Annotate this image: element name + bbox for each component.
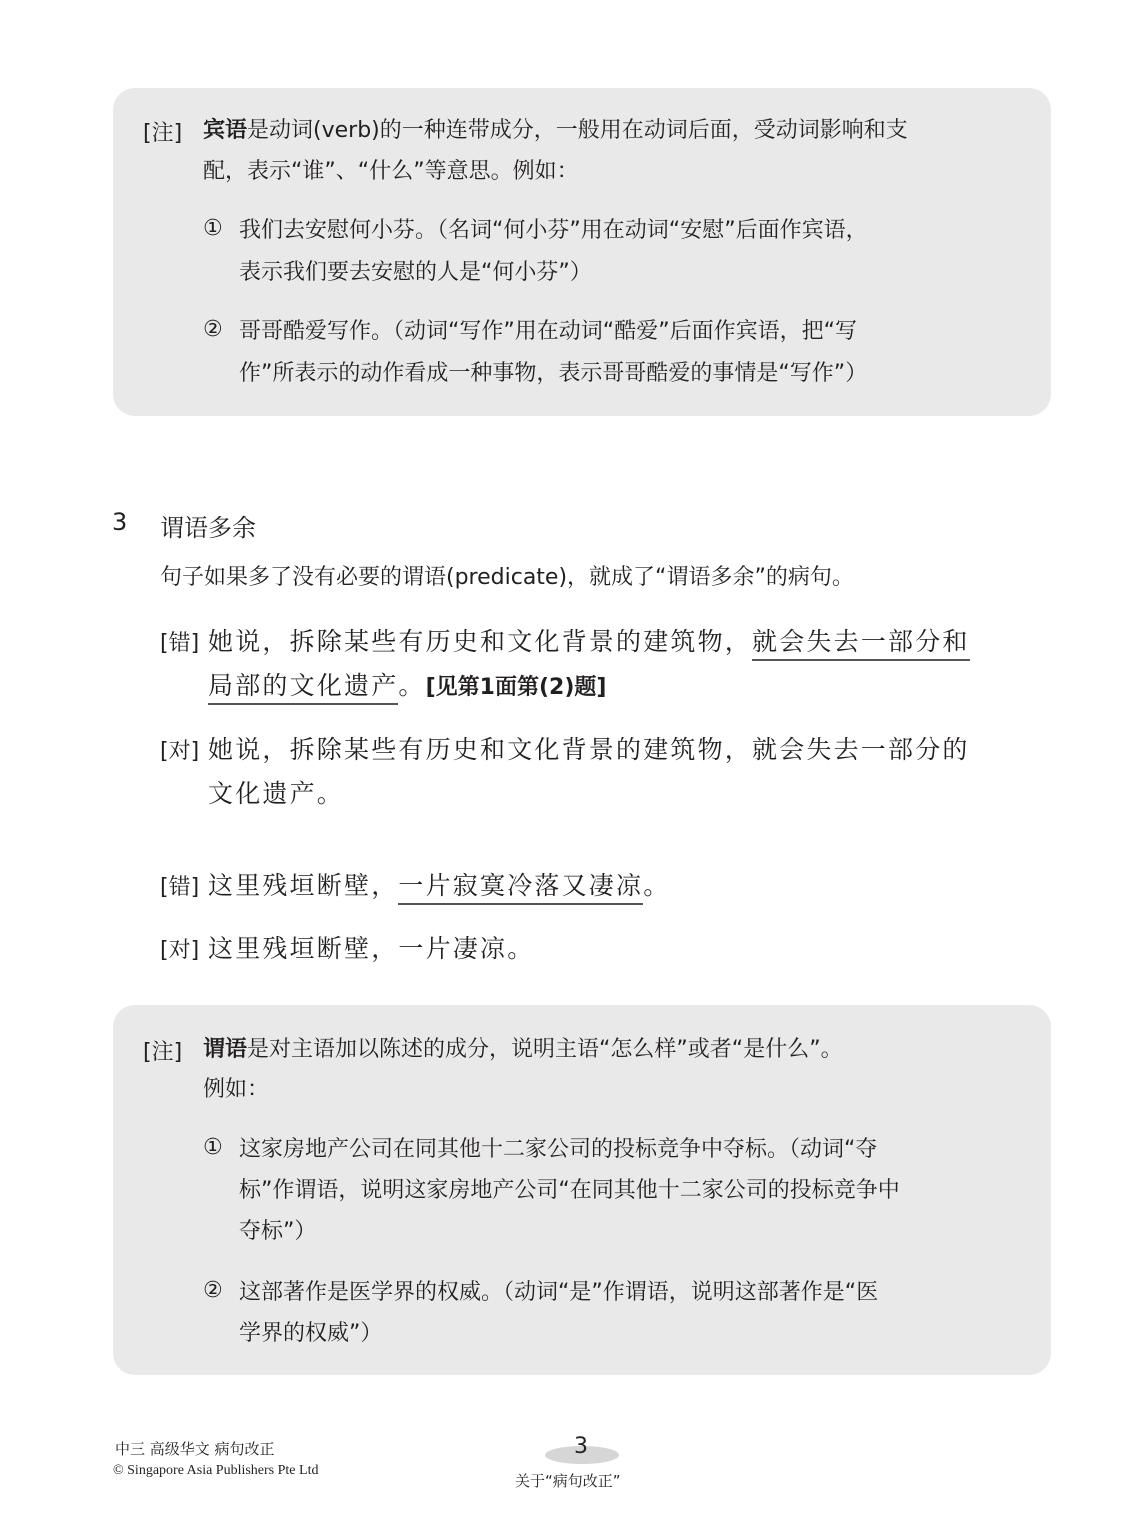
note-box-object: [注] 宾语是动词(verb)的一种连带成分，一般用在动词后面，受动词影响和支 … [113,88,1051,416]
example-line: 这家房地产公司在同其他十二家公司的投标竞争中夺标。（动词“夺 [239,1129,877,1171]
example-number: ① [203,1135,223,1160]
wrong-tag: [错] [160,626,199,657]
example-line: 表示我们要去安慰的人是“何小芬”） [239,252,592,294]
correct-sentence: 这里残垣断壁，一片凄凉。 [208,929,534,965]
example-line: 标”作谓语，说明这家房地产公司“在同其他十二家公司的投标竞争中 [239,1170,900,1212]
wrong-tag: [错] [160,870,199,901]
example-line: 学界的权威”） [239,1313,382,1355]
book-title: 中三 高级华文 病句改正 [115,1438,275,1459]
example-number: ① [203,216,223,241]
section-number: 3 [112,508,127,536]
note-definition-line2: 例如： [203,1069,269,1111]
section-description: 句子如果多了没有必要的谓语(predicate)，就成了“谓语多余”的病句。 [160,560,854,591]
example-line: 这部著作是医学界的权威。（动词“是”作谓语，说明这部著作是“医 [239,1272,878,1314]
underlined-error: 一片寂寞冷落又凄凉 [398,871,643,905]
note-term: 谓语 [203,1037,247,1062]
correct-sentence-line2: 文化遗产。 [208,774,344,810]
correct-tag: [对] [160,933,199,964]
note-definition-line2: 配，表示“谁”、“什么”等意思。例如： [203,151,579,193]
example-number: ② [203,1278,223,1303]
example-line: 夺标”） [239,1211,316,1253]
underlined-error: 就会失去一部分和 [752,627,970,661]
page-number: 3 [574,1434,588,1459]
example-number: ② [203,317,223,342]
note-box-predicate: [注] 谓语是对主语加以陈述的成分，说明主语“怎么样”或者“是什么”。 例如： … [113,1005,1051,1375]
note-definition-line1: 谓语是对主语加以陈述的成分，说明主语“怎么样”或者“是什么”。 [203,1029,843,1071]
example-line: 哥哥酷爱写作。（动词“写作”用在动词“酷爱”后面作宾语，把“写 [239,311,857,353]
wrong-sentence-line1: 她说，拆除某些有历史和文化背景的建筑物，就会失去一部分和 [208,622,970,658]
note-tag: [注] [143,1035,182,1066]
cross-reference: [见第1面第(2)题] [426,675,607,700]
note-tag: [注] [143,116,182,147]
example-line: 我们去安慰何小芬。（名词“何小芬”用在动词“安慰”后面作宾语， [239,210,868,252]
correct-tag: [对] [160,734,199,765]
chapter-title: 关于“病句改正” [515,1470,621,1491]
wrong-sentence: 这里残垣断壁，一片寂寞冷落又凄凉。 [208,866,670,902]
correct-sentence-line1: 她说，拆除某些有历史和文化背景的建筑物，就会失去一部分的 [208,730,970,766]
copyright: © Singapore Asia Publishers Pte Ltd [113,1463,318,1479]
wrong-sentence-line2: 局部的文化遗产。[见第1面第(2)题] [208,666,606,702]
note-term: 宾语 [203,118,247,143]
underlined-error: 局部的文化遗产 [208,671,398,705]
example-line: 作”所表示的动作看成一种事物，表示哥哥酷爱的事情是“写作”） [239,353,867,395]
section-title: 谓语多余 [160,508,256,543]
note-definition-line1: 宾语是动词(verb)的一种连带成分，一般用在动词后面，受动词影响和支 [203,110,908,152]
